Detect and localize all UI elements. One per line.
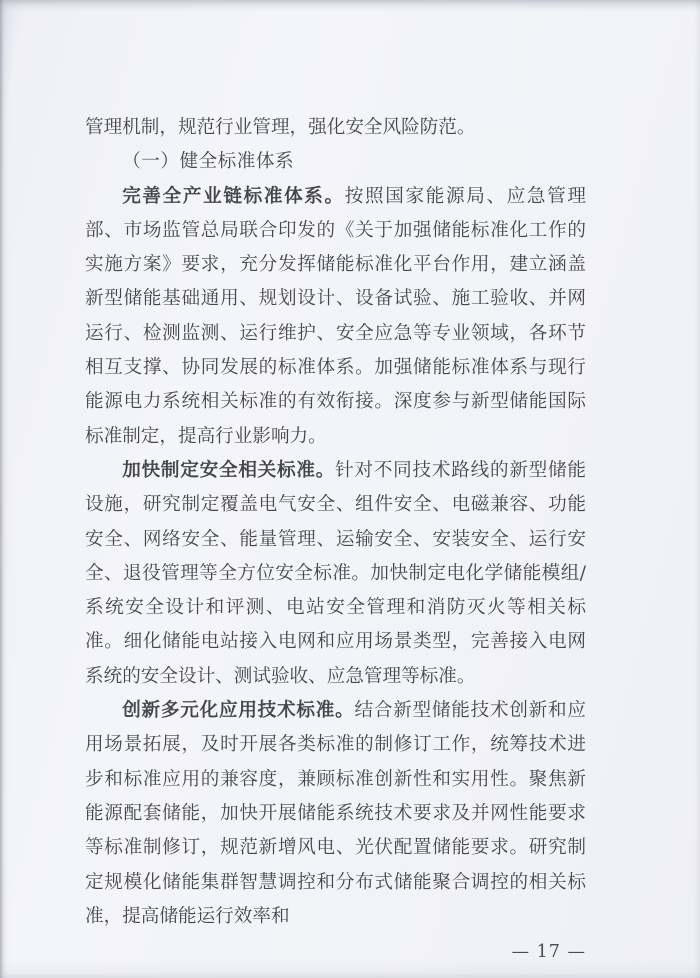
document-page: 管理机制，规范行业管理，强化安全风险防范。 （一）健全标准体系 完善全产业链标准… xyxy=(0,0,700,978)
paragraph-lead-sentence: 完善全产业链标准体系。 xyxy=(122,186,345,207)
page-content: 管理机制，规范行业管理，强化安全风险防范。 （一）健全标准体系 完善全产业链标准… xyxy=(85,111,586,969)
paragraph-body-text: 结合新型储能技术创新和应用场景拓展，及时开展各类标准的制修订工作，统筹技术进步和… xyxy=(85,700,586,927)
paragraph-application-standards: 创新多元化应用技术标准。结合新型储能技术创新和应用场景拓展，及时开展各类标准的制… xyxy=(85,694,586,934)
section-heading: （一）健全标准体系 xyxy=(85,145,586,179)
paragraph-standard-system: 完善全产业链标准体系。按照国家能源局、应急管理部、市场监管总局联合印发的《关于加… xyxy=(85,180,586,454)
paragraph-lead-sentence: 加快制定安全相关标准。 xyxy=(122,460,335,481)
page-edge-shadow xyxy=(0,0,4,978)
paragraph-safety-standards: 加快制定安全相关标准。针对不同技术路线的新型储能设施，研究制定覆盖电气安全、组件… xyxy=(85,454,586,694)
paragraph-lead-sentence: 创新多元化应用技术标准。 xyxy=(122,700,354,721)
paragraph-body-text: 按照国家能源局、应急管理部、市场监管总局联合印发的《关于加强储能标准化工作的实施… xyxy=(85,186,586,447)
continuation-paragraph-line: 管理机制，规范行业管理，强化安全风险防范。 xyxy=(85,111,586,145)
page-number: — 17 — xyxy=(85,935,586,969)
paragraph-body-text: 针对不同技术路线的新型储能设施，研究制定覆盖电气安全、组件安全、电磁兼容、功能安… xyxy=(85,460,586,687)
